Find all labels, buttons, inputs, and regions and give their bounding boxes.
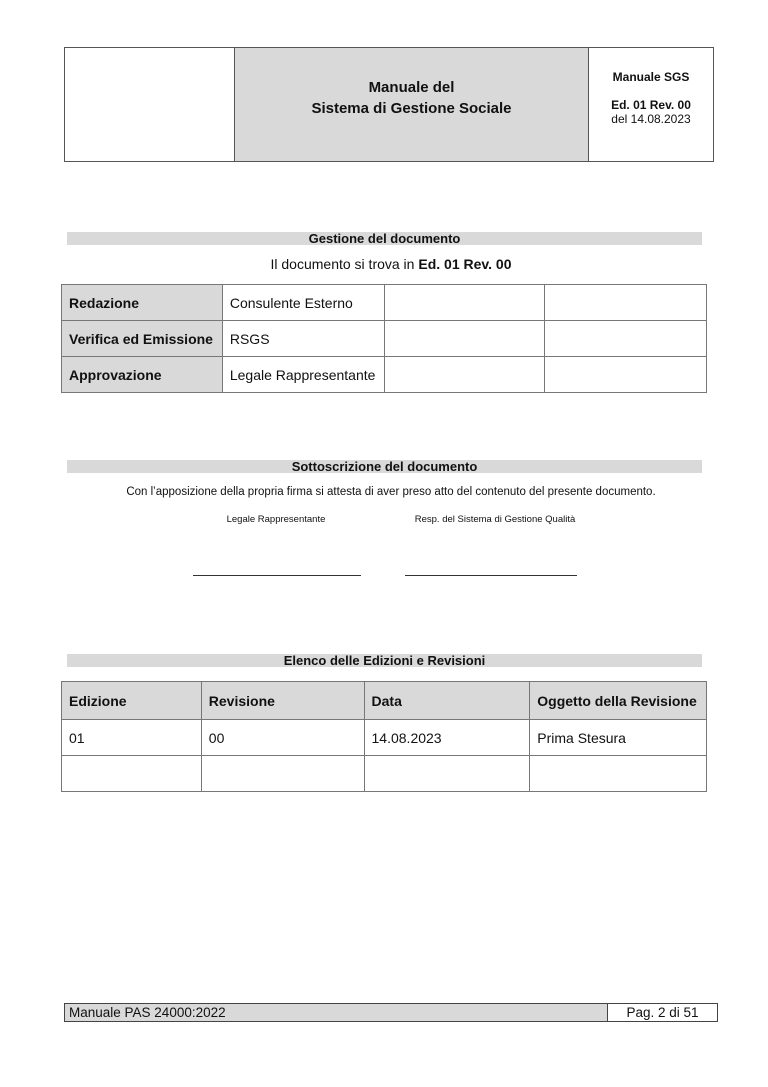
- signer-label-2: Resp. del Sistema di Gestione Qualità: [395, 514, 595, 525]
- document-status: Il documento si trova in Ed. 01 Rev. 00: [64, 256, 718, 272]
- page-number: Pag. 2 di 51: [608, 1004, 717, 1021]
- title-line-1: Manuale del: [369, 79, 455, 96]
- cell-data: [364, 756, 530, 792]
- table-row: [62, 756, 707, 792]
- column-header: Data: [364, 682, 530, 720]
- logo-area: [65, 48, 235, 161]
- cell-edizione: [62, 756, 202, 792]
- revisions-table: Edizione Revisione Data Oggetto della Re…: [61, 681, 707, 792]
- cell-revisione: 00: [201, 720, 364, 756]
- document-title: Manuale delSistema di Gestione Sociale: [235, 48, 589, 161]
- table-header-row: Edizione Revisione Data Oggetto della Re…: [62, 682, 707, 720]
- column-header: Revisione: [201, 682, 364, 720]
- date-cell: [545, 321, 707, 357]
- row-value: RSGS: [222, 321, 384, 357]
- section-heading-gestione: Gestione del documento: [67, 232, 702, 245]
- table-row: Verifica ed Emissione RSGS: [62, 321, 707, 357]
- row-label: Approvazione: [62, 357, 223, 393]
- date-cell: [545, 357, 707, 393]
- signature-cell: [384, 357, 545, 393]
- edition-date: del 14.08.2023: [589, 112, 713, 126]
- edition-label: Ed. 01 Rev. 00: [589, 98, 713, 112]
- table-row: 01 00 14.08.2023 Prima Stesura: [62, 720, 707, 756]
- row-label: Redazione: [62, 285, 223, 321]
- signature-statement: Con l’apposizione della propria firma si…: [64, 486, 718, 498]
- cell-oggetto: [530, 756, 707, 792]
- cell-edizione: 01: [62, 720, 202, 756]
- row-label: Verifica ed Emissione: [62, 321, 223, 357]
- row-value: Legale Rappresentante: [222, 357, 384, 393]
- page-footer: Manuale PAS 24000:2022 Pag. 2 di 51: [64, 1003, 718, 1022]
- footer-title: Manuale PAS 24000:2022: [65, 1004, 608, 1021]
- cell-data: 14.08.2023: [364, 720, 530, 756]
- column-header: Oggetto della Revisione: [530, 682, 707, 720]
- table-row: Redazione Consulente Esterno: [62, 285, 707, 321]
- cell-oggetto: Prima Stesura: [530, 720, 707, 756]
- signature-cell: [384, 321, 545, 357]
- document-meta: Manuale SGS Ed. 01 Rev. 00 del 14.08.202…: [589, 48, 713, 161]
- section-heading-sottoscrizione: Sottoscrizione del documento: [67, 460, 702, 473]
- signature-line-1: [193, 574, 361, 576]
- gestione-table: Redazione Consulente Esterno Verifica ed…: [61, 284, 707, 393]
- row-value: Consulente Esterno: [222, 285, 384, 321]
- signer-label-1: Legale Rappresentante: [190, 514, 362, 525]
- column-header: Edizione: [62, 682, 202, 720]
- table-row: Approvazione Legale Rappresentante: [62, 357, 707, 393]
- doc-code: Manuale SGS: [589, 70, 713, 84]
- signature-line-2: [405, 574, 577, 576]
- title-line-2: Sistema di Gestione Sociale: [311, 100, 511, 117]
- signature-cell: [384, 285, 545, 321]
- date-cell: [545, 285, 707, 321]
- document-header: Manuale delSistema di Gestione Sociale M…: [64, 47, 714, 162]
- section-heading-revisioni: Elenco delle Edizioni e Revisioni: [67, 654, 702, 667]
- status-value: Ed. 01 Rev. 00: [418, 256, 511, 272]
- status-prefix: Il documento si trova in: [271, 256, 419, 272]
- cell-revisione: [201, 756, 364, 792]
